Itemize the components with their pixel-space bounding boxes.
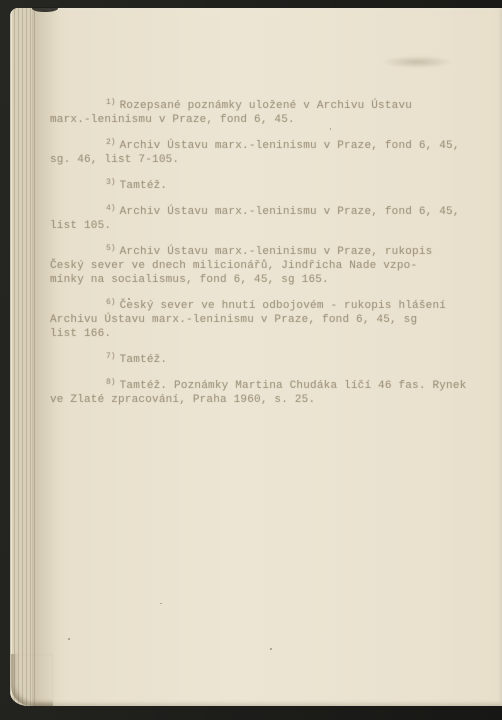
footnote-number: 2) [106,138,116,147]
footnote-text: Tamtéž. Poznámky Martina Chudáka líčí 46… [120,380,467,392]
footnote-text: sg. 46, list 7-105. [50,153,450,167]
footnote: 5)Archiv Ústavu marx.-leninismu v Praze,… [50,242,450,287]
footnote-text: mínky na socialismus, fond 6, 45, sg 165… [50,273,450,287]
footnote-text: Tamtéž. [120,180,168,192]
footnote: 3)Tamtéž. [50,176,450,193]
dust-speck [270,648,272,650]
footnote-number: 7) [106,352,116,361]
footnote-text: list 166. [50,327,450,341]
footnote-number: 3) [106,178,116,187]
footnote-text: Rozepsané poznámky uložené v Archivu Úst… [120,100,412,112]
footnote: 1)Rozepsané poznámky uložené v Archivu Ú… [50,96,450,127]
footnote-number: 8) [106,378,116,387]
footnote-text: Archivu Ústavu marx.-leninismu v Praze, … [50,313,450,327]
footnotes-block: 1)Rozepsané poznámky uložené v Archivu Ú… [50,96,450,416]
faded-ink-smudge [382,56,452,68]
footnote: 2)Archiv Ústavu marx.-leninismu v Praze,… [50,136,450,167]
page-stack-corner [11,654,53,706]
footnote-number: 5) [106,244,116,253]
footnote-text: Český sever ve dnech milicionářů, Jindři… [50,259,450,273]
footnote-text: Český sever ve hnutí odbojovém - rukopis… [120,300,446,312]
book-page: 1)Rozepsané poznámky uložené v Archivu Ú… [10,8,502,706]
footnote: 4)Archiv Ústavu marx.-leninismu v Praze,… [50,202,450,233]
footnote-text: list 105. [50,219,450,233]
footnote-text: Archiv Ústavu marx.-leninismu v Praze, f… [120,140,460,152]
footnote-text: ve Zlaté zpracování, Praha 1960, s. 25. [50,393,450,407]
footnote-number: 1) [106,98,116,107]
footnote-number: 6) [106,298,116,307]
footnote-text: Tamtéž. [120,354,168,366]
footnote-text: Archiv Ústavu marx.-leninismu v Praze, f… [120,206,460,218]
dust-speck [128,298,130,300]
footnote-number: 4) [106,204,116,213]
footnote: 7)Tamtéž. [50,350,450,367]
footnote: 6)Český sever ve hnutí odbojovém - rukop… [50,296,450,341]
footnote-text: marx.-leninismu v Praze, fond 6, 45. [50,113,450,127]
dust-speck [68,638,70,640]
dust-speck [330,128,331,130]
footnote-text: Archiv Ústavu marx.-leninismu v Praze, r… [120,246,433,258]
footnote: 8)Tamtéž. Poznámky Martina Chudáka líčí … [50,376,450,407]
scan-background: 1)Rozepsané poznámky uložené v Archivu Ú… [0,0,502,720]
dust-speck [160,603,162,604]
